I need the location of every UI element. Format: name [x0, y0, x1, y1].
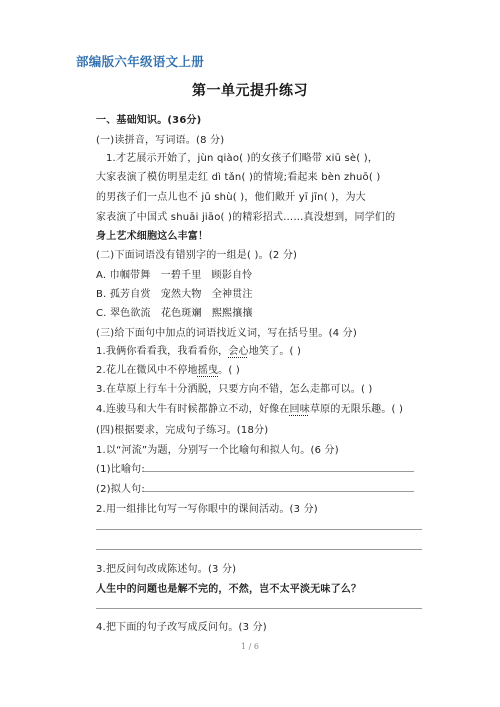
- question-item: 4.连骏马和大牛有时候都静立不动，好像在回味草原的无限乐趣。( ): [96, 400, 403, 415]
- question-sentence: 人生中的问题也是解不完的，不然，岂不太平淡无味了么？: [96, 580, 361, 595]
- item-text: 3.在草原上行车十分: [96, 384, 188, 395]
- document-page: 部编版六年级语文上册 第一单元提升练习 一、基础知识。(36分) (一)读拼音，…: [0, 0, 500, 707]
- option-word: 熙熙攘攘: [212, 308, 253, 319]
- passage-line: 身上艺术细胞这么丰富！: [96, 227, 208, 242]
- item-text: 地笑了。( ): [249, 346, 301, 357]
- option-word: 全神贯注: [212, 289, 253, 300]
- document-header: 部编版六年级语文上册: [76, 52, 204, 70]
- question-text: 4.把下面的句子改写成反问句。(3 分): [96, 618, 267, 633]
- section-heading: 一、基础知识。(36分): [96, 111, 201, 126]
- passage-line: 的男孩子们一点儿也不 jū shù( )，他们敞开 yī jīn( )，为大: [96, 188, 366, 203]
- option-c: C. 翠色欲流 花色斑斓 熙熙攘攘: [96, 304, 253, 319]
- question-item: 2.花儿在微风中不停地摇曳。( ): [96, 361, 240, 376]
- question-text: 2.用一组排比句写一写你眼中的课间活动。(3 分): [96, 500, 318, 515]
- option-word: 翠色欲流: [110, 308, 151, 319]
- part-heading: (三)给下面句中加点的词语找近义词，写在括号里。(4 分): [96, 324, 357, 339]
- option-word: 巾帼带舞: [110, 270, 151, 281]
- answer-line[interactable]: [144, 491, 414, 492]
- question-text: 3.把反问句改成陈述句。(3 分): [96, 560, 236, 575]
- dotted-word: 会心: [228, 346, 248, 357]
- option-word: 宠然大物: [161, 289, 202, 300]
- option-word: 孤芳自赏: [110, 289, 151, 300]
- option-a: A. 巾帼带舞 一碧千里 顾影自怜: [96, 266, 252, 281]
- dotted-word: 回味: [290, 404, 310, 415]
- page-title: 第一单元提升练习: [0, 80, 500, 100]
- passage-line: 1.才艺展示开始了，jùn qiào( )的女孩子们略带 xiū sè( )，: [106, 149, 378, 164]
- simile-label: (1)比喻句:: [96, 460, 145, 475]
- item-text: 4.连骏马和大牛有时候都静立不动，好像在: [96, 404, 290, 415]
- option-b: B. 孤芳自赏 宠然大物 全神贯注: [96, 285, 253, 300]
- dotted-word: 摇曳: [198, 365, 218, 376]
- option-word: 花色斑斓: [161, 308, 202, 319]
- part-heading: (二)下面词语没有错别字的一组是( )。(2 分): [96, 246, 297, 261]
- question-item: 1.我俩你看看我，我看看你，会心地笑了。( ): [96, 342, 301, 357]
- part-heading: (四)根据要求，完成句子练习。(18分): [96, 421, 268, 436]
- item-text: 。( ): [218, 365, 240, 376]
- answer-line[interactable]: [96, 549, 422, 550]
- option-label: A.: [96, 270, 106, 281]
- option-label: C.: [96, 308, 107, 319]
- passage-line: 大家表演了模仿明星走红 dì tǎn( )的情境;看起来 bèn zhuō( ): [96, 168, 380, 183]
- answer-line[interactable]: [96, 608, 422, 609]
- part-heading: (一)读拼音，写词语。(8 分): [96, 131, 224, 146]
- passage-line: 家表演了中国式 shuāi jiāo( )的精彩招式……真没想到，同学们的: [96, 208, 395, 223]
- item-text: 草原的无限乐趣。( ): [310, 404, 403, 415]
- page-indicator: 1 / 6: [0, 642, 500, 651]
- option-word: 一碧千里: [161, 270, 202, 281]
- personification-label: (2)拟人句:: [96, 480, 145, 495]
- option-word: 顾影自怜: [212, 270, 253, 281]
- answer-line[interactable]: [144, 471, 414, 472]
- question-text: 1.以“河流”为题，分别写一个比喻句和拟人句。(6 分): [96, 441, 339, 456]
- option-label: B.: [96, 289, 106, 300]
- item-text: 1.我俩你看看我，我看看你，: [96, 346, 228, 357]
- answer-line[interactable]: [96, 529, 422, 530]
- item-text: 洒脱，只要方向不错，怎么走都可以。( ): [188, 384, 373, 395]
- question-item: 3.在草原上行车十分洒脱，只要方向不错，怎么走都可以。( ): [96, 380, 373, 395]
- item-text: 2.花儿在微风中不停地: [96, 365, 198, 376]
